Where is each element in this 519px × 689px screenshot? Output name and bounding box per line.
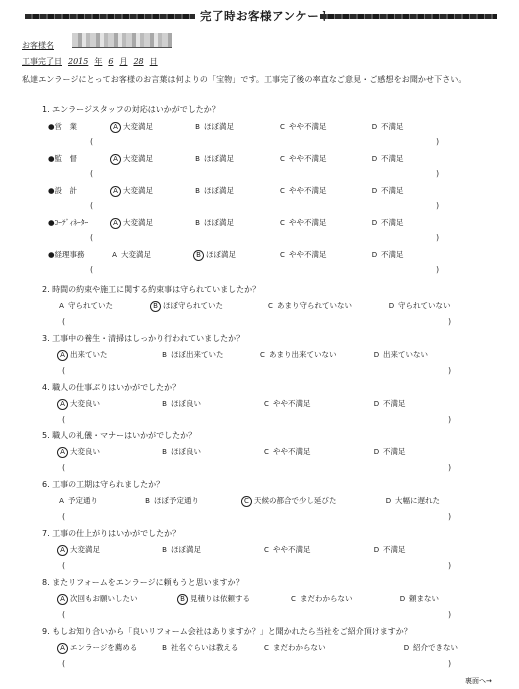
q1-staff-2-option-c[interactable]: Cやや不満足 — [278, 185, 327, 196]
q5-comment-open[interactable]: ( — [62, 463, 65, 472]
page-title: 完了時お客様アンケート — [200, 8, 331, 24]
circled-choice-mark: A — [57, 447, 68, 458]
choice-letter: B — [160, 546, 169, 554]
option-label: 次回もお願いしたい — [70, 594, 138, 603]
q2-option-a[interactable]: A守られていた — [57, 300, 113, 311]
choice-letter: C — [278, 123, 287, 131]
q2-option-d[interactable]: D守られていない — [387, 300, 451, 311]
choice-letter: C — [262, 400, 271, 408]
option-label: まだわからない — [300, 594, 353, 603]
q1-staff-0-comment-close: ) — [436, 137, 439, 146]
choice-letter: B — [193, 187, 202, 195]
q9-comment-open[interactable]: ( — [62, 659, 65, 668]
question-2: 2. 時間の約束や施工に関する約束事は守られていましたか？ — [42, 284, 260, 295]
option-label: 大変良い — [70, 399, 100, 408]
circled-choice-mark: A — [110, 154, 121, 165]
option-label: 不満足 — [383, 545, 406, 554]
circled-choice-mark: C — [241, 496, 252, 507]
circled-choice-mark: A — [57, 399, 68, 410]
question-1: 1. エンラージスタッフの対応はいかがでしたか？ — [42, 104, 220, 115]
choice-letter: B — [160, 644, 169, 652]
option-label: 不満足 — [383, 399, 406, 408]
q5-option-b[interactable]: Bほぼ良い — [160, 446, 201, 457]
completion-date: 工事完了日2015年6月28日 — [22, 56, 158, 67]
option-label: 大変満足 — [121, 250, 151, 259]
q1-staff-4-comment-open[interactable]: ( — [90, 265, 93, 274]
option-label: 大幅に遅れた — [395, 496, 440, 505]
q1-staff-3-option-b[interactable]: Bほぼ満足 — [193, 217, 234, 228]
option-label: ほぼ出来ていた — [171, 350, 224, 359]
q1-staff-1-comment-open[interactable]: ( — [90, 169, 93, 178]
staff-label-3: ●ｺｰﾃﾞｨﾈｰﾀｰ — [48, 217, 88, 228]
option-label: 天候の都合で少し延びた — [254, 496, 337, 505]
q1-staff-4-comment-close: ) — [436, 265, 439, 274]
question-6: 6. 工事の工期は守られましたか？ — [42, 479, 164, 490]
choice-letter: A — [57, 497, 66, 505]
option-label: ほぼ満足 — [204, 154, 234, 163]
q9-comment-close: ) — [448, 659, 451, 668]
q1-staff-2-option-b[interactable]: Bほぼ満足 — [193, 185, 234, 196]
question-9: 9. もしお知り合いから「良いリフォーム会社はありますか？」と聞かれたら当社をご… — [42, 626, 412, 637]
customer-name-label: お客様名 — [22, 40, 54, 51]
option-label: 大変満足 — [70, 545, 100, 554]
circled-choice-mark: B — [150, 301, 161, 312]
choice-letter: C — [262, 644, 271, 652]
q6-option-c[interactable]: C天候の都合で少し延びた — [241, 495, 337, 507]
choice-letter: D — [372, 351, 381, 359]
q7-option-c[interactable]: Cやや不満足 — [262, 544, 311, 555]
option-label: 大変良い — [70, 447, 100, 456]
option-label: 紹介できない — [413, 643, 458, 652]
q3-option-a[interactable]: A出来ていた — [57, 349, 108, 361]
choice-letter: B — [160, 400, 169, 408]
option-label: 不満足 — [381, 218, 404, 227]
option-label: 不満足 — [381, 154, 404, 163]
circled-choice-mark: B — [177, 594, 188, 605]
q1-staff-2-comment-close: ) — [436, 201, 439, 210]
choice-letter: D — [370, 187, 379, 195]
q6-comment-close: ) — [448, 512, 451, 521]
q3-option-c[interactable]: Cあまり出来ていない — [258, 349, 337, 360]
circled-choice-mark: A — [110, 218, 121, 229]
option-label: 大変満足 — [123, 186, 153, 195]
q5-option-a[interactable]: A大変良い — [57, 446, 100, 458]
completion-year: 2015 — [68, 57, 88, 66]
option-label: 社名ぐらいは教える — [171, 643, 239, 652]
completion-date-label: 工事完了日 — [22, 57, 62, 66]
option-label: やや不満足 — [289, 218, 327, 227]
q7-comment-close: ) — [448, 561, 451, 570]
option-label: ほぼ良い — [171, 447, 201, 456]
q4-comment-close: ) — [448, 415, 451, 424]
q7-option-b[interactable]: Bほぼ満足 — [160, 544, 201, 555]
circled-choice-mark: A — [57, 643, 68, 654]
circled-choice-mark: A — [57, 350, 68, 361]
option-label: 不満足 — [383, 447, 406, 456]
staff-label-4: ●経理事務 — [48, 249, 85, 260]
q4-option-b[interactable]: Bほぼ良い — [160, 398, 201, 409]
option-label: 不満足 — [381, 186, 404, 195]
option-label: ほぼ良い — [171, 399, 201, 408]
option-label: 守られていた — [68, 301, 113, 310]
q6-option-a[interactable]: A予定通り — [57, 495, 98, 506]
option-label: 見積りは依頼する — [190, 594, 250, 603]
option-label: やや不満足 — [289, 250, 327, 259]
q1-staff-3-comment-open[interactable]: ( — [90, 233, 93, 242]
option-label: エンラージを薦める — [70, 643, 137, 652]
option-label: ほぼ守られていた — [163, 301, 223, 310]
option-label: ほぼ満足 — [204, 186, 234, 195]
q8-comment-close: ) — [448, 610, 451, 619]
choice-letter: C — [278, 187, 287, 195]
question-5: 5. 職人の礼儀・マナーはいかがでしたか？ — [42, 430, 196, 441]
question-8: 8. またリフォームをエンラージに頼もうと思いますか？ — [42, 577, 244, 588]
option-label: ほぼ満足 — [206, 250, 236, 259]
year-unit: 年 — [94, 57, 102, 66]
q6-comment-open[interactable]: ( — [62, 512, 65, 521]
q2-comment-open[interactable]: ( — [62, 317, 65, 326]
choice-letter: A — [110, 251, 119, 259]
option-label: ほぼ予定通り — [154, 496, 199, 505]
q6-option-d[interactable]: D大幅に遅れた — [384, 495, 440, 506]
circled-choice-mark: A — [110, 186, 121, 197]
q4-option-d[interactable]: D不満足 — [372, 398, 406, 409]
q1-staff-1-option-c[interactable]: Cやや不満足 — [278, 153, 327, 164]
q3-comment-close: ) — [448, 366, 451, 375]
q7-comment-open[interactable]: ( — [62, 561, 65, 570]
choice-letter: C — [278, 155, 287, 163]
q3-comment-open[interactable]: ( — [62, 366, 65, 375]
staff-label-0: ●営 業 — [48, 121, 77, 132]
day-unit: 日 — [150, 57, 158, 66]
circled-choice-mark: A — [110, 122, 121, 133]
q1-staff-0-option-a[interactable]: A大変満足 — [110, 121, 153, 133]
q3-option-d[interactable]: D出来ていない — [372, 349, 428, 360]
q1-staff-0-option-c[interactable]: Cやや不満足 — [278, 121, 327, 132]
q9-option-b[interactable]: B社名ぐらいは教える — [160, 642, 239, 653]
choice-letter: C — [262, 546, 271, 554]
q6-option-b[interactable]: Bほぼ予定通り — [143, 495, 199, 506]
q8-option-b[interactable]: B見積りは依頼する — [177, 593, 250, 605]
option-label: 大変満足 — [123, 122, 153, 131]
q1-staff-4-option-b[interactable]: Bほぼ満足 — [193, 249, 236, 261]
option-label: ほぼ満足 — [204, 218, 234, 227]
q1-staff-3-comment-close: ) — [436, 233, 439, 242]
q1-staff-3-option-c[interactable]: Cやや不満足 — [278, 217, 327, 228]
circled-choice-mark: B — [193, 250, 204, 261]
option-label: 予定通り — [68, 496, 98, 505]
choice-letter: B — [143, 497, 152, 505]
q4-option-a[interactable]: A大変良い — [57, 398, 100, 410]
choice-letter: C — [258, 351, 267, 359]
completion-day: 28 — [133, 57, 143, 66]
q1-staff-2-option-d[interactable]: D不満足 — [370, 185, 404, 196]
choice-letter: B — [160, 448, 169, 456]
option-label: やや不満足 — [273, 399, 311, 408]
q9-option-c[interactable]: Cまだわからない — [262, 642, 326, 653]
choice-letter: D — [370, 219, 379, 227]
choice-letter: D — [384, 497, 393, 505]
q2-comment-close: ) — [448, 317, 451, 326]
q1-staff-0-option-b[interactable]: Bほぼ満足 — [193, 121, 234, 132]
choice-letter: B — [193, 123, 202, 131]
q1-staff-0-option-d[interactable]: D不満足 — [370, 121, 404, 132]
q1-staff-2-comment-open[interactable]: ( — [90, 201, 93, 210]
choice-letter: C — [262, 448, 271, 456]
choice-letter: D — [370, 123, 379, 131]
choice-letter: D — [372, 448, 381, 456]
option-label: まだわからない — [273, 643, 326, 652]
option-label: 大変満足 — [123, 154, 153, 163]
q2-option-b[interactable]: Bほぼ守られていた — [150, 300, 223, 312]
question-7: 7. 工事の仕上がりはいかがでしたか？ — [42, 528, 180, 539]
staff-label-2: ●設 計 — [48, 185, 77, 196]
choice-letter: D — [370, 251, 379, 259]
option-label: やや不満足 — [289, 154, 327, 163]
customer-name-redacted — [72, 33, 172, 48]
q2-option-c[interactable]: Cあまり守られていない — [266, 300, 352, 311]
q8-option-a[interactable]: A次回もお願いしたい — [57, 593, 138, 605]
option-label: 頼まない — [409, 594, 439, 603]
q7-option-d[interactable]: D不満足 — [372, 544, 406, 555]
q1-staff-2-option-a[interactable]: A大変満足 — [110, 185, 153, 197]
choice-letter: B — [160, 351, 169, 359]
q1-staff-0-comment-open[interactable]: ( — [90, 137, 93, 146]
title-rule-left — [25, 14, 195, 19]
q5-option-c[interactable]: Cやや不満足 — [262, 446, 311, 457]
choice-letter: B — [193, 155, 202, 163]
q8-option-c[interactable]: Cまだわからない — [289, 593, 353, 604]
choice-letter: D — [398, 595, 407, 603]
option-label: やや不満足 — [289, 186, 327, 195]
q8-comment-open[interactable]: ( — [62, 610, 65, 619]
choice-letter: C — [278, 219, 287, 227]
option-label: あまり出来ていない — [269, 350, 337, 359]
choice-letter: D — [387, 302, 396, 310]
choice-letter: B — [193, 219, 202, 227]
choice-letter: D — [372, 546, 381, 554]
choice-letter: D — [370, 155, 379, 163]
intro-text: 私達エンラージにとってお客様のお言葉は何よりの「宝物」です。工事完了後の率直なご… — [22, 74, 467, 85]
option-label: 大変満足 — [123, 218, 153, 227]
q1-staff-3-option-d[interactable]: D不満足 — [370, 217, 404, 228]
option-label: やや不満足 — [273, 545, 311, 554]
q4-option-c[interactable]: Cやや不満足 — [262, 398, 311, 409]
q4-comment-open[interactable]: ( — [62, 415, 65, 424]
option-label: ほぼ満足 — [204, 122, 234, 131]
option-label: 出来ていない — [383, 350, 428, 359]
question-4: 4. 職人の仕事ぶりはいかがでしたか？ — [42, 382, 180, 393]
choice-letter: A — [57, 302, 66, 310]
q7-option-a[interactable]: A大変満足 — [57, 544, 100, 556]
option-label: 守られていない — [398, 301, 451, 310]
q5-comment-close: ) — [448, 463, 451, 472]
choice-letter: C — [289, 595, 298, 603]
q1-staff-1-option-a[interactable]: A大変満足 — [110, 153, 153, 165]
option-label: 不満足 — [381, 122, 404, 131]
q1-staff-4-option-a[interactable]: A大変満足 — [110, 249, 151, 260]
option-label: あまり守られていない — [277, 301, 352, 310]
completion-month: 6 — [108, 57, 113, 66]
staff-label-1: ●監 督 — [48, 153, 77, 164]
circled-choice-mark: A — [57, 545, 68, 556]
next-page-note: 裏面へ→ — [465, 676, 492, 686]
choice-letter: D — [372, 400, 381, 408]
q1-staff-1-option-b[interactable]: Bほぼ満足 — [193, 153, 234, 164]
option-label: やや不満足 — [273, 447, 311, 456]
option-label: やや不満足 — [289, 122, 327, 131]
choice-letter: C — [266, 302, 275, 310]
circled-choice-mark: A — [57, 594, 68, 605]
q1-staff-1-option-d[interactable]: D不満足 — [370, 153, 404, 164]
option-label: 不満足 — [381, 250, 404, 259]
q1-staff-4-option-c[interactable]: Cやや不満足 — [278, 249, 327, 260]
q3-option-b[interactable]: Bほぼ出来ていた — [160, 349, 224, 360]
month-unit: 月 — [119, 57, 127, 66]
option-label: 出来ていた — [70, 350, 108, 359]
q9-option-a[interactable]: Aエンラージを薦める — [57, 642, 137, 654]
question-3: 3. 工事中の養生・清掃はしっかり行われていましたか？ — [42, 333, 244, 344]
q8-option-d[interactable]: D頼まない — [398, 593, 439, 604]
q1-staff-4-option-d[interactable]: D不満足 — [370, 249, 404, 260]
q5-option-d[interactable]: D不満足 — [372, 446, 406, 457]
q9-option-d[interactable]: D紹介できない — [402, 642, 458, 653]
choice-letter: C — [278, 251, 287, 259]
choice-letter: D — [402, 644, 411, 652]
q1-staff-3-option-a[interactable]: A大変満足 — [110, 217, 153, 229]
title-rule-right — [320, 14, 497, 19]
q1-staff-1-comment-close: ) — [436, 169, 439, 178]
option-label: ほぼ満足 — [171, 545, 201, 554]
